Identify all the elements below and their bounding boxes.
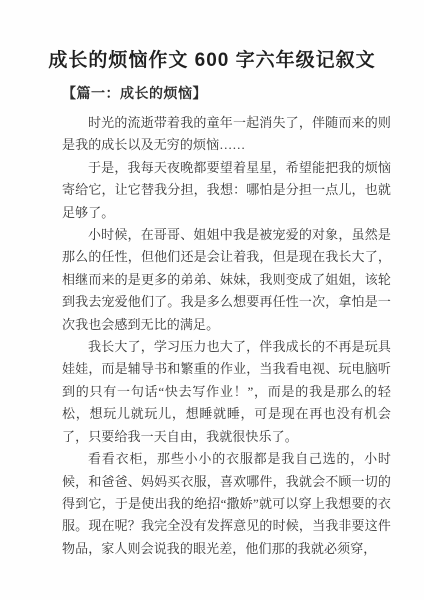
document-page: 成长的烦恼作文 600 字六年级记叙文 【篇一：成长的烦恼】 时光的流逝带着我的… [0,0,424,600]
document-body: 【篇一：成长的烦恼】 时光的流逝带着我的童年一起消失了，伴随而来的则是我的成长以… [62,86,391,560]
section-heading: 【篇一：成长的烦恼】 [62,86,391,103]
paragraph: 我长大了，学习压力也大了，伴我成长的不再是玩具娃娃，而是辅导书和繁重的作业，当我… [62,336,391,448]
paragraph: 小时候，在哥哥、姐姐中我是被宠爱的对象，虽然是那么的任性，但他们还是会让着我，但… [62,224,391,336]
paragraph: 时光的流逝带着我的童年一起消失了，伴随而来的则是我的成长以及无穷的烦恼…… [62,112,391,157]
page-title: 成长的烦恼作文 600 字六年级记叙文 [0,0,424,73]
paragraph: 于是，我每天夜晚都要望着星星，希望能把我的烦恼寄给它，让它替我分担，我想：哪怕是… [62,157,391,224]
paragraph: 看看衣柜，那些小小的衣服都是我自己选的，小时候，和爸爸、妈妈买衣服，喜欢哪件，我… [62,448,391,560]
